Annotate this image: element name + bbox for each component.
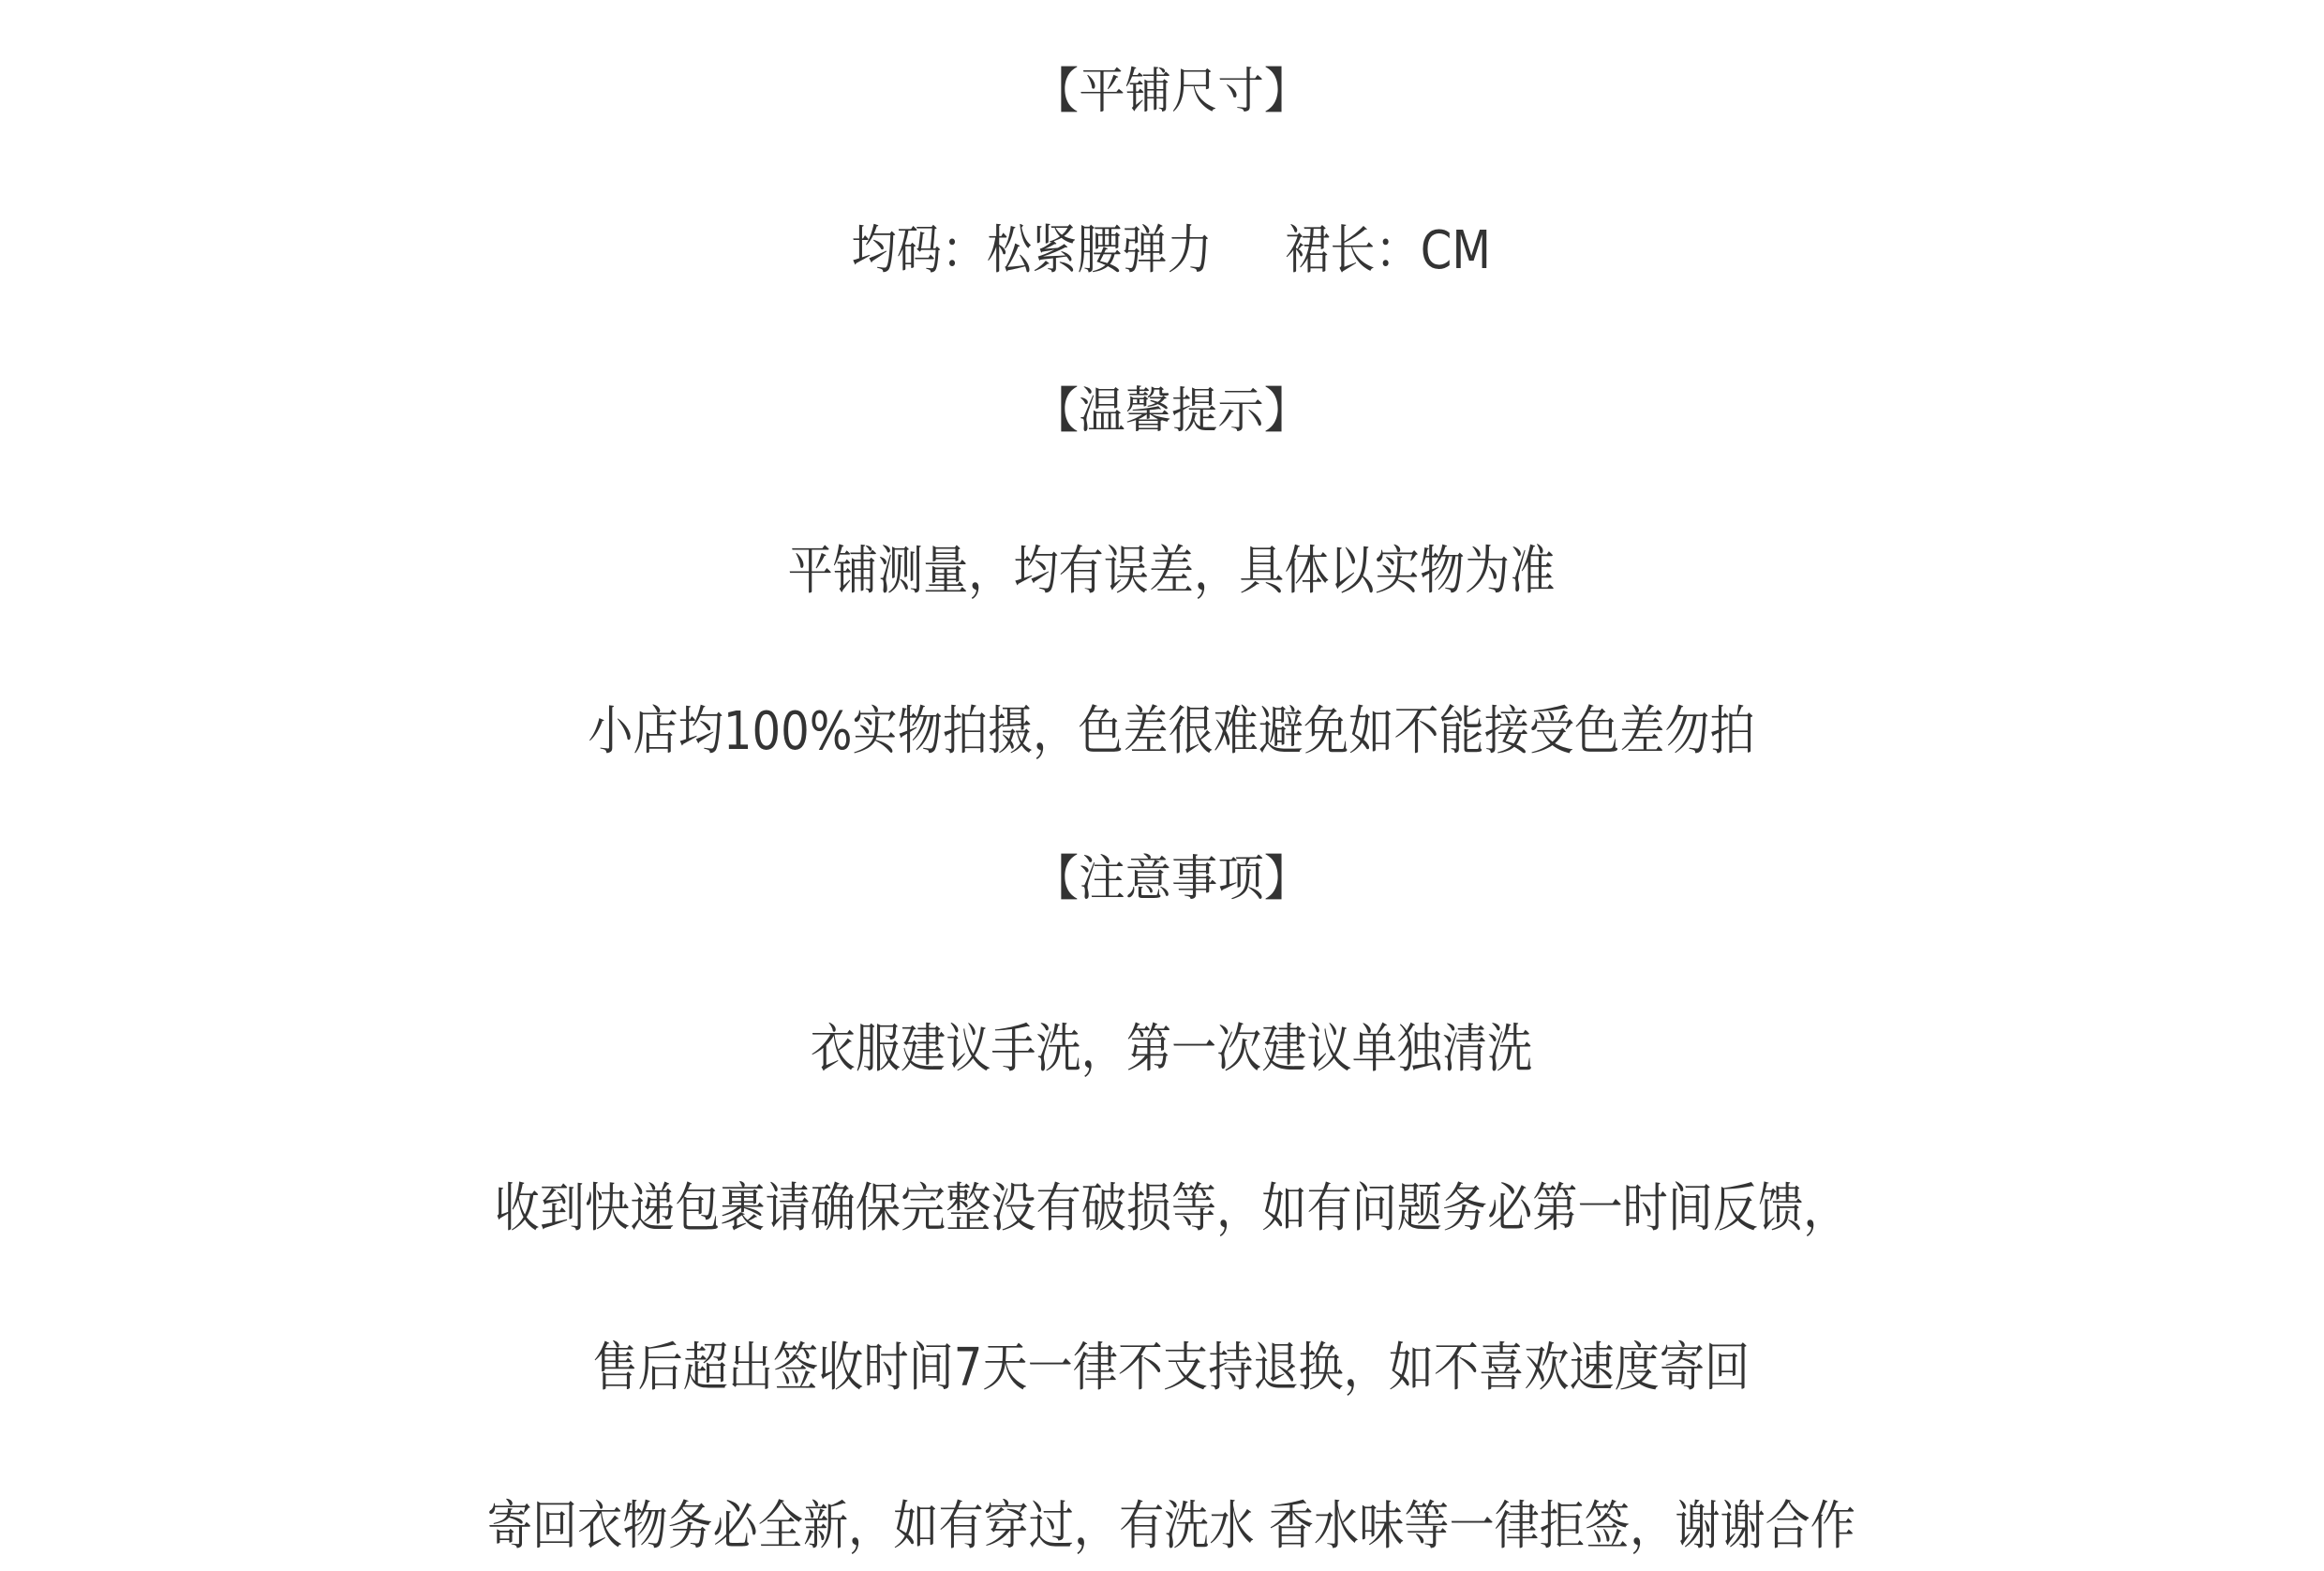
tip-line-text: 小店均100%实物拍摄，色差很难避免如不能接受色差勿拍 — [588, 706, 1754, 758]
tip-line-text: 平铺测量，均有误差，具体以实物为准 — [788, 546, 1556, 598]
length-label: 裙长：CM — [1286, 220, 1492, 281]
heading-flat-size-text: 【平铺尺寸】 — [1033, 67, 1310, 116]
note-line-text: 收到快递包裹请确保完整没有破损等，如有问题务必第一时间反馈， — [495, 1183, 1849, 1235]
note-line-text: 寄回衣物务必全新，如有穿过，有洗水 香水味等一律拒签，谢谢合作 — [487, 1501, 1855, 1553]
heading-flat-size: 【平铺尺寸】 — [0, 52, 2324, 131]
size-info-text: 均码：松紧腰弹力裙长：CM — [852, 225, 1491, 277]
heading-warm-tips-text: 【温馨提示】 — [1033, 387, 1310, 436]
heading-warm-tips: 【温馨提示】 — [0, 372, 2324, 451]
size-info-line: 均码：松紧腰弹力裙长：CM — [0, 210, 2324, 292]
tip-line: 平铺测量，均有误差，具体以实物为准 — [0, 531, 2324, 613]
heading-notes: 【注意事项】 — [0, 840, 2324, 919]
size-label: 均码：松紧腰弹力 — [852, 220, 1213, 281]
note-line: 收到快递包裹请确保完整没有破损等，如有问题务必第一时间反馈， — [0, 1168, 2324, 1250]
note-line-text: 衣服建议手洗，第一次建议单独清洗 — [811, 1024, 1533, 1076]
note-line: 衣服建议手洗，第一次建议单独清洗 — [0, 1009, 2324, 1091]
note-line: 售后超出签收时间7天一律不支持退换，如不喜欢速度寄回 — [0, 1327, 2324, 1410]
heading-notes-text: 【注意事项】 — [1033, 855, 1310, 904]
note-line-text: 售后超出签收时间7天一律不支持退换，如不喜欢速度寄回 — [593, 1342, 1750, 1395]
note-line: 寄回衣物务必全新，如有穿过，有洗水 香水味等一律拒签，谢谢合作 — [0, 1486, 2324, 1568]
tip-line: 小店均100%实物拍摄，色差很难避免如不能接受色差勿拍 — [0, 691, 2324, 773]
